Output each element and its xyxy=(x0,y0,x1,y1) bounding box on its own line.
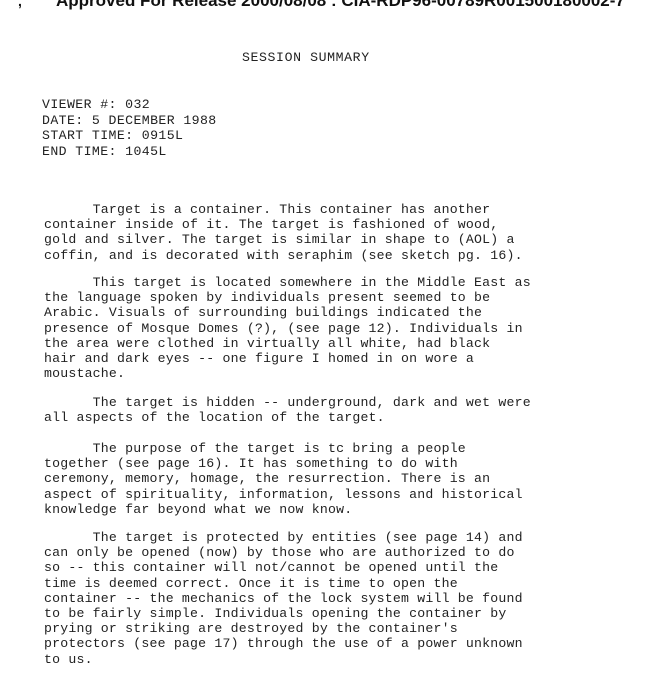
text-line: ceremony, memory, homage, the resurrecti… xyxy=(44,471,604,486)
text-line: so -- this container will not/cannot be … xyxy=(44,560,604,575)
text-line: time is deemed correct. Once it is time … xyxy=(44,576,604,591)
text-line: to us. xyxy=(44,652,604,667)
text-line: all aspects of the location of the targe… xyxy=(44,410,604,425)
text-line: coffin, and is decorated with seraphim (… xyxy=(44,248,604,263)
start-time: START TIME: 0915L xyxy=(42,128,217,144)
paragraph-purpose: The purpose of the target is tc bring a … xyxy=(44,441,604,517)
text-line: knowledge far beyond what we now know. xyxy=(44,502,604,517)
text-line: the language spoken by individuals prese… xyxy=(44,290,604,305)
text-line: This target is located somewhere in the … xyxy=(44,275,604,290)
text-line: moustache. xyxy=(44,366,604,381)
text-line: Target is a container. This container ha… xyxy=(44,202,604,217)
session-date: DATE: 5 DECEMBER 1988 xyxy=(42,113,217,129)
paragraph-location: This target is located somewhere in the … xyxy=(44,275,604,381)
text-line: protectors (see page 17) through the use… xyxy=(44,636,604,651)
scan-mark: , xyxy=(18,0,22,9)
text-line: The target is protected by entities (see… xyxy=(44,530,604,545)
text-line: the area were clothed in virtually all w… xyxy=(44,336,604,351)
release-banner: , Approved For Release 2000/08/08 : CIA-… xyxy=(0,0,667,11)
end-time: END TIME: 1045L xyxy=(42,144,217,160)
text-line: prying or striking are destroyed by the … xyxy=(44,621,604,636)
viewer-number: VIEWER #: 032 xyxy=(42,97,217,113)
text-line: container -- the mechanics of the lock s… xyxy=(44,591,604,606)
text-line: Arabic. Visuals of surrounding buildings… xyxy=(44,305,604,320)
session-meta: VIEWER #: 032 DATE: 5 DECEMBER 1988 STAR… xyxy=(42,97,217,159)
document-title: SESSION SUMMARY xyxy=(242,50,370,65)
paragraph-hidden: The target is hidden -- underground, dar… xyxy=(44,395,604,425)
text-line: aspect of spirituality, information, les… xyxy=(44,487,604,502)
text-line: gold and silver. The target is similar i… xyxy=(44,232,604,247)
text-line: container inside of it. The target is fa… xyxy=(44,217,604,232)
text-line: together (see page 16). It has something… xyxy=(44,456,604,471)
paragraph-container-description: Target is a container. This container ha… xyxy=(44,202,604,263)
text-line: hair and dark eyes -- one figure I homed… xyxy=(44,351,604,366)
text-line: can only be opened (now) by those who ar… xyxy=(44,545,604,560)
text-line: The purpose of the target is tc bring a … xyxy=(44,441,604,456)
text-line: presence of Mosque Domes (?), (see page … xyxy=(44,321,604,336)
text-line: The target is hidden -- underground, dar… xyxy=(44,395,604,410)
release-banner-text: Approved For Release 2000/08/08 : CIA-RD… xyxy=(56,0,625,11)
paragraph-protection: The target is protected by entities (see… xyxy=(44,530,604,667)
text-line: to be fairly simple. Individuals opening… xyxy=(44,606,604,621)
